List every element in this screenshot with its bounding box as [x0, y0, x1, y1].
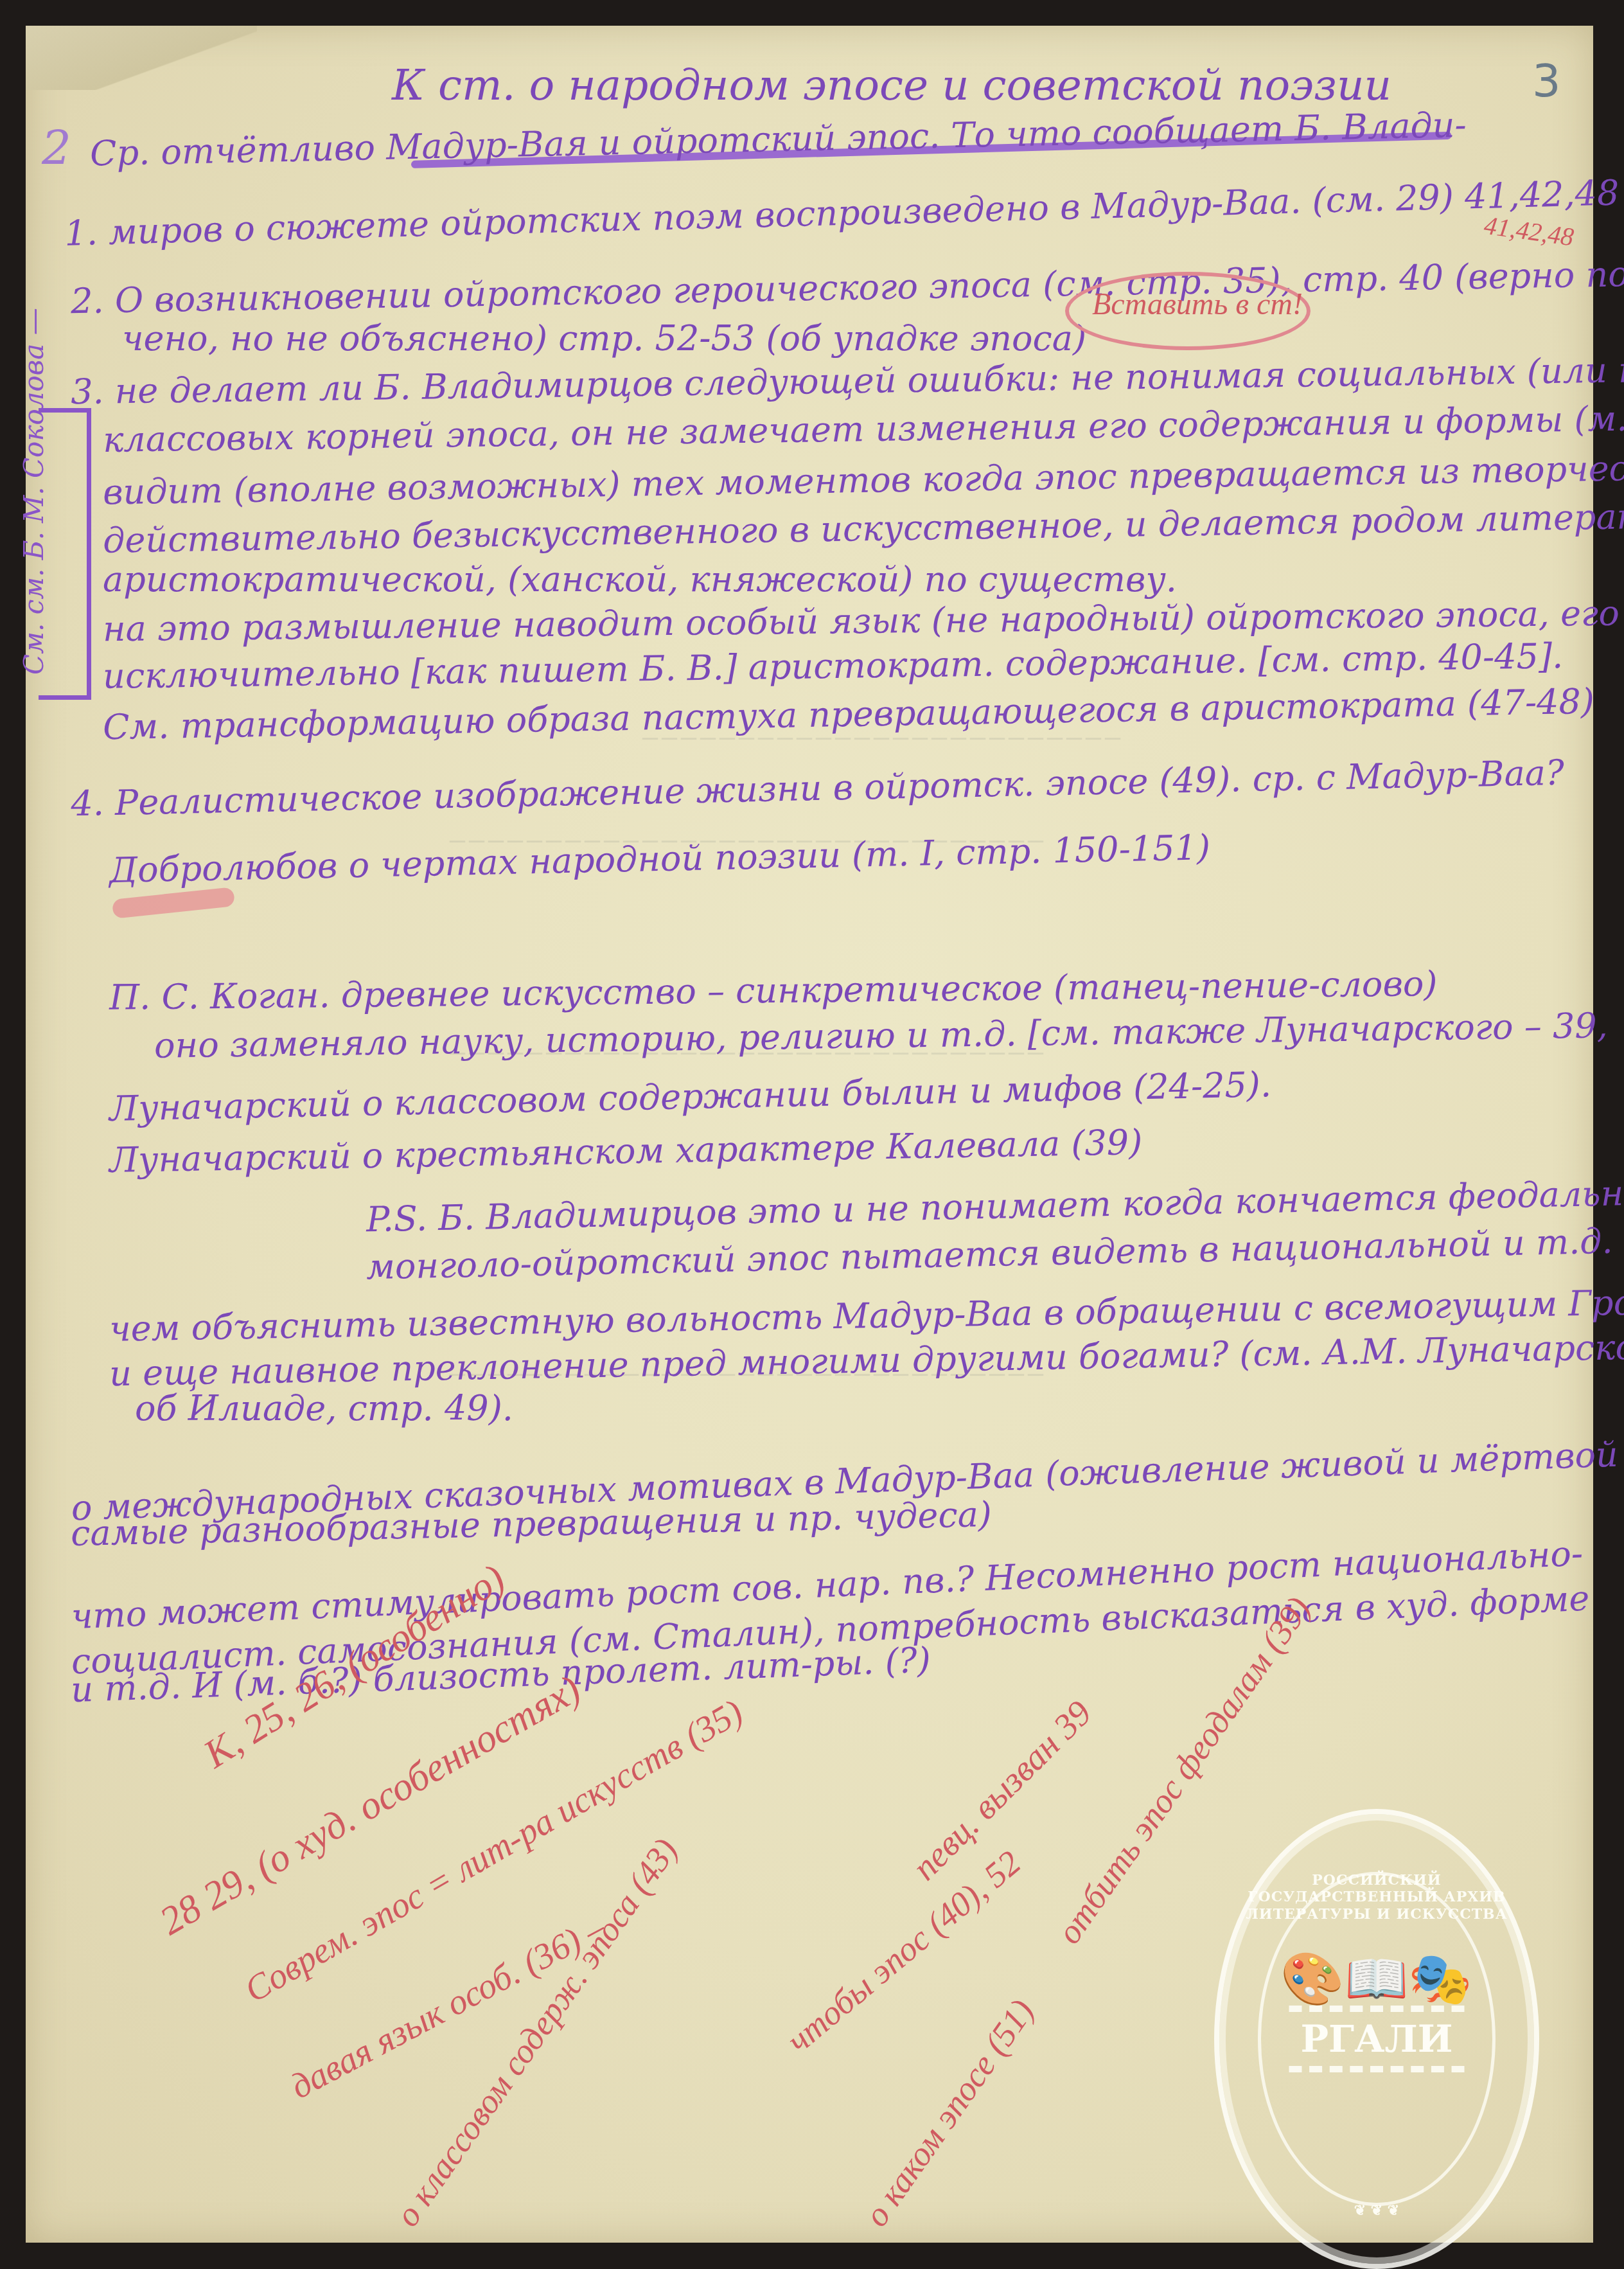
page-title: К ст. о народном эпосе и советской поэзи…: [392, 64, 1391, 107]
circled-note: Вставить в ст!: [1092, 289, 1303, 320]
margin-number: 2: [42, 125, 71, 172]
text-line-4: чено, но не объяснено) стр. 52-53 (об уп…: [122, 321, 1086, 356]
text-line-23: об Илиаде, стр. 49).: [135, 1391, 513, 1426]
pencil-page-mark: 3: [1532, 55, 1561, 107]
laurel-icon: ❦ ❦ ❦: [1248, 2202, 1505, 2219]
stamp-logo: РГАЛИ: [1289, 2006, 1465, 2072]
stamp-ring-text: РОССИЙСКИЙ ГОСУДАРСТВЕННЫЙ АРХИВ ЛИТЕРАТ…: [1235, 1872, 1518, 1923]
palette-book-mask-icon: 🎨📖🎭: [1281, 1949, 1473, 2009]
text-line-9: аристократической, (ханской, княжеской) …: [103, 562, 1177, 597]
margin-note: См. см. Б. М. Соколова —: [18, 308, 49, 675]
folded-corner: [26, 26, 257, 90]
archive-watermark-stamp: РОССИЙСКИЙ ГОСУДАРСТВЕННЫЙ АРХИВ ЛИТЕРАТ…: [1214, 1809, 1539, 2269]
